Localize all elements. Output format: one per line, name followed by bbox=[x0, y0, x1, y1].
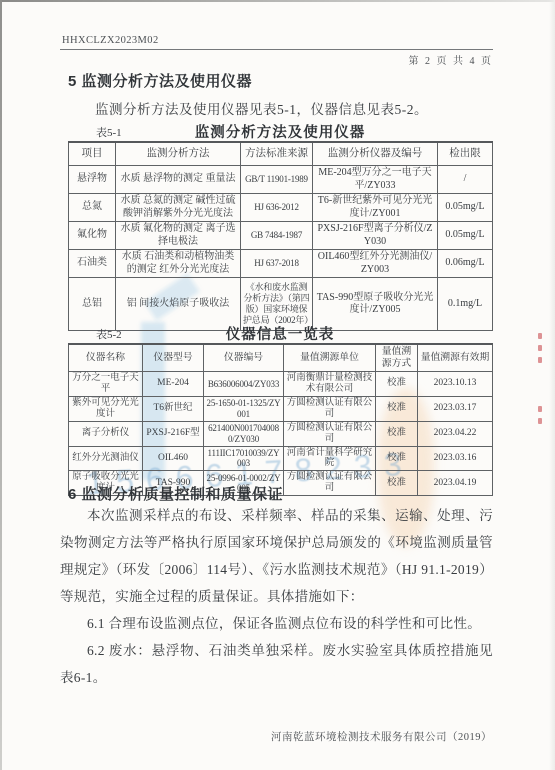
scan-edge-right bbox=[549, 0, 555, 770]
table-row: 紫外可见分光光度计T6新世纪25-1650-01-1325/ZY001方圆检测认… bbox=[69, 396, 493, 421]
header-cell: 监测分析方法 bbox=[116, 142, 241, 166]
table51-title: 监测分析方法及使用仪器 bbox=[68, 121, 492, 142]
table-cell: 111IIC17010039/ZY003 bbox=[204, 446, 284, 471]
table-cell: B636006004/ZY033 bbox=[204, 372, 284, 397]
table-cell: 校准 bbox=[376, 421, 418, 446]
header-cell: 检出限 bbox=[438, 142, 493, 166]
table-cell: T6新世纪 bbox=[143, 396, 204, 421]
table52-title: 仪器信息一览表 bbox=[68, 323, 492, 344]
red-stamp-bleed-2 bbox=[538, 406, 543, 424]
table-cell: 25-1650-01-1325/ZY001 bbox=[204, 396, 284, 421]
section5-intro: 监测分析方法及使用仪器见表5-1，仪器信息见表5-2。 bbox=[95, 98, 428, 118]
header-cell: 方法标准来源 bbox=[241, 142, 313, 166]
table-cell: 校准 bbox=[376, 372, 418, 397]
table-cell: 2023.03.17 bbox=[418, 396, 493, 421]
header-rule bbox=[60, 49, 493, 50]
table-cell: 0.05mg/L bbox=[438, 222, 493, 250]
header-cell: 量值溯源有效期 bbox=[418, 344, 493, 372]
table-cell: / bbox=[438, 166, 493, 194]
red-stamp-bleed-1 bbox=[538, 333, 543, 363]
table-cell: 2023.03.16 bbox=[418, 446, 493, 471]
header-cell: 量值溯源单位 bbox=[284, 344, 376, 372]
section6-item-62: 6.2 废水：悬浮物、石油类单独采样。废水实验室具体质控措施见表6-1。 bbox=[60, 637, 493, 691]
table-cell: T6-新世纪紫外可见分光光度计/ZY001 bbox=[313, 194, 438, 222]
scan-edge-top bbox=[0, 0, 555, 2]
table-cell: ME-204型万分之一电子天平/ZY033 bbox=[313, 166, 438, 194]
table-row: 红外分光测油仪OIL460111IIC17010039/ZY003河南省计量科学… bbox=[69, 446, 493, 471]
table-cell: 总氮 bbox=[69, 194, 116, 222]
table-cell: 红外分光测油仪 bbox=[69, 446, 143, 471]
table-cell: 校准 bbox=[376, 471, 418, 496]
table-cell: 校准 bbox=[376, 446, 418, 471]
table-cell: OIL460 bbox=[143, 446, 204, 471]
table52-header-row: 仪器名称仪器型号仪器编号量值溯源单位量值溯源方式量值溯源有效期 bbox=[69, 344, 493, 372]
table51-caption-row: 表5-1 监测分析方法及使用仪器 bbox=[68, 121, 492, 139]
table-row: 万分之一电子天平ME-204B636006004/ZY033河南衡鼎计量检测技术… bbox=[69, 372, 493, 397]
header-cell: 量值溯源方式 bbox=[376, 344, 418, 372]
table-cell: 悬浮物 bbox=[69, 166, 116, 194]
header-cell: 项目 bbox=[69, 142, 116, 166]
table-cell: 2023.04.22 bbox=[418, 421, 493, 446]
table-cell: 氟化物 bbox=[69, 222, 116, 250]
document-page: 15666178233 HHXCLZX2023M02 第 2 页 共 4 页 5… bbox=[0, 0, 555, 770]
table-row: 悬浮物水质 悬浮物的测定 重量法GB/T 11901-1989ME-204型万分… bbox=[69, 166, 493, 194]
table-cell: 方圆检测认证有限公司 bbox=[284, 471, 376, 496]
document-code: HHXCLZX2023M02 bbox=[62, 35, 159, 46]
table-cell: PXSJ-216F型离子分析仪/ZY030 bbox=[313, 222, 438, 250]
section6-body: 本次监测采样点的布设、采样频率、样品的采集、运输、处理、污染物测定方法等严格执行… bbox=[60, 502, 493, 691]
table-cell: 2023.10.13 bbox=[418, 372, 493, 397]
table51-header-row: 项目监测分析方法方法标准来源监测分析仪器及编号检出限 bbox=[69, 142, 493, 166]
section6-heading: 6 监测分析质量控制和质量保证 bbox=[68, 483, 283, 504]
table-cell: GB 7484-1987 bbox=[241, 222, 313, 250]
table-cell: ME-204 bbox=[143, 372, 204, 397]
table-monitoring-methods: 项目监测分析方法方法标准来源监测分析仪器及编号检出限 悬浮物水质 悬浮物的测定 … bbox=[68, 141, 493, 331]
table-cell: 石油类 bbox=[69, 250, 116, 278]
header-cell: 仪器型号 bbox=[143, 344, 204, 372]
header-cell: 监测分析仪器及编号 bbox=[313, 142, 438, 166]
footer-company: 河南乾蓝环境检测技术服务有限公司（2019） bbox=[271, 729, 492, 744]
table-cell: 万分之一电子天平 bbox=[69, 372, 143, 397]
table-cell: 0.05mg/L bbox=[438, 194, 493, 222]
section5-heading: 5 监测分析方法及使用仪器 bbox=[68, 70, 252, 91]
table-row: 氟化物水质 氟化物的测定 离子选择电极法GB 7484-1987PXSJ-216… bbox=[69, 222, 493, 250]
header-cell: 仪器名称 bbox=[69, 344, 143, 372]
table-cell: HJ 637-2018 bbox=[241, 250, 313, 278]
table-cell: 0.06mg/L bbox=[438, 250, 493, 278]
table-cell: 水质 氟化物的测定 离子选择电极法 bbox=[116, 222, 241, 250]
table-cell: 水质 悬浮物的测定 重量法 bbox=[116, 166, 241, 194]
table-cell: 621400N0017040080/ZY030 bbox=[204, 421, 284, 446]
table-cell: 紫外可见分光光度计 bbox=[69, 396, 143, 421]
section6-paragraph: 本次监测采样点的布设、采样频率、样品的采集、运输、处理、污染物测定方法等严格执行… bbox=[60, 502, 493, 610]
table-cell: PXSJ-216F型 bbox=[143, 421, 204, 446]
table52-caption-row: 表5-2 仪器信息一览表 bbox=[68, 323, 492, 341]
table-cell: 2023.04.19 bbox=[418, 471, 493, 496]
table-cell: GB/T 11901-1989 bbox=[241, 166, 313, 194]
table-row: 离子分析仪PXSJ-216F型621400N0017040080/ZY030方圆… bbox=[69, 421, 493, 446]
table-cell: 河南衡鼎计量检测技术有限公司 bbox=[284, 372, 376, 397]
table-cell: OIL460型红外分光测油仪/ZY003 bbox=[313, 250, 438, 278]
scan-edge-left bbox=[0, 0, 2, 770]
table-cell: 水质 总氮的测定 碱性过硫酸钾消解紫外分光光度法 bbox=[116, 194, 241, 222]
page-number: 第 2 页 共 4 页 bbox=[409, 52, 494, 67]
table-cell: 河南省计量科学研究院 bbox=[284, 446, 376, 471]
table-row: 石油类水质 石油类和动植物油类的测定 红外分光光度法HJ 637-2018OIL… bbox=[69, 250, 493, 278]
table-cell: HJ 636-2012 bbox=[241, 194, 313, 222]
table-cell: 离子分析仪 bbox=[69, 421, 143, 446]
table-instrument-info: 仪器名称仪器型号仪器编号量值溯源单位量值溯源方式量值溯源有效期 万分之一电子天平… bbox=[68, 343, 493, 496]
header-cell: 仪器编号 bbox=[204, 344, 284, 372]
table-cell: 水质 石油类和动植物油类的测定 红外分光光度法 bbox=[116, 250, 241, 278]
section6-item-61: 6.1 合理布设监测点位，保证各监测点位布设的科学性和可比性。 bbox=[60, 610, 493, 637]
table-cell: 方圆检测认证有限公司 bbox=[284, 396, 376, 421]
table-cell: 方圆检测认证有限公司 bbox=[284, 421, 376, 446]
table-cell: 校准 bbox=[376, 396, 418, 421]
table-row: 总氮水质 总氮的测定 碱性过硫酸钾消解紫外分光光度法HJ 636-2012T6-… bbox=[69, 194, 493, 222]
